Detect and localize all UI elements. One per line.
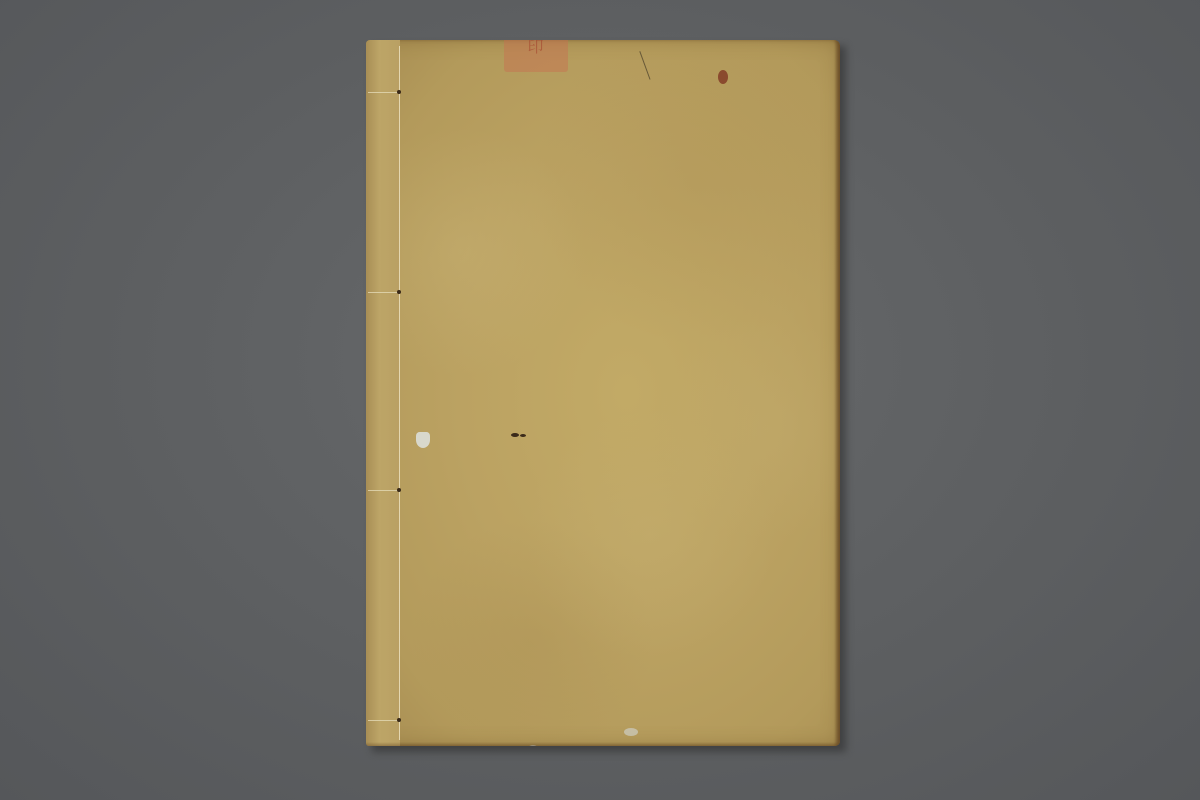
binding-thread bbox=[368, 292, 400, 293]
page-edge-right bbox=[834, 40, 840, 746]
binding-line bbox=[399, 46, 400, 740]
stitch-hole bbox=[397, 488, 401, 492]
reddish-stain bbox=[718, 70, 728, 84]
stitch-hole bbox=[397, 290, 401, 294]
stitch-hole bbox=[397, 718, 401, 722]
dark-spot bbox=[520, 434, 526, 437]
binding-thread bbox=[368, 720, 400, 721]
spine-binding-strip bbox=[366, 40, 400, 746]
worn-patch bbox=[624, 728, 638, 736]
paper-texture bbox=[366, 40, 840, 746]
dark-spot bbox=[511, 433, 519, 437]
page-edge-bottom bbox=[366, 742, 840, 746]
book-cover: 印 bbox=[366, 40, 840, 746]
stitch-hole bbox=[397, 90, 401, 94]
seal-stamp-text: 印 bbox=[504, 40, 568, 57]
binding-thread bbox=[368, 490, 400, 491]
binding-thread bbox=[368, 92, 400, 93]
worn-patch bbox=[416, 432, 430, 448]
